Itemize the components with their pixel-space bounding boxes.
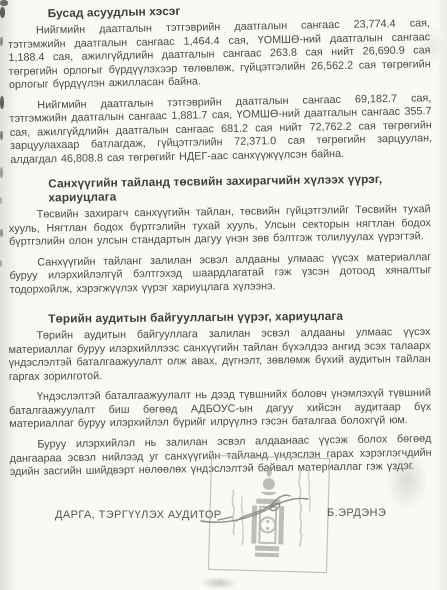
- scan-artifact: [0, 197, 2, 204]
- paragraph: Санхүүгийн тайланг залилан эсвэл алдааны…: [9, 251, 432, 297]
- section-heading: Төрийн аудитын байгууллагын үүрэг, хариу…: [48, 308, 430, 326]
- signer-title: ДАРГА, ТЭРГҮҮЛЭХ АУДИТОР: [55, 509, 222, 521]
- paragraph: Нийгмийн даатгалын тэтгэврийн даатгалын …: [9, 92, 432, 167]
- scan-shadow-right: [435, 0, 447, 590]
- scan-smudge: [386, 448, 428, 512]
- scan-artifact: [0, 37, 3, 46]
- scan-artifact: [0, 7, 5, 18]
- section-heading: Бусад асуудлын хэсэг: [48, 0, 430, 20]
- scan-artifact: [0, 131, 3, 140]
- paragraph: Төрийн аудитын байгууллага залилан эсвэл…: [8, 326, 430, 384]
- scanned-document-page: Бусад асуудлын хэсэг Нийгмийн даатгалын …: [0, 0, 447, 590]
- document-body: Бусад асуудлын хэсэг Нийгмийн даатгалын …: [9, 5, 431, 479]
- section-budget-governor-responsibility: Санхүүгийн тайланд төсвийн захирагчийн х…: [8, 171, 432, 297]
- scan-artifact: [0, 96, 4, 109]
- scan-smudge: [200, 577, 238, 589]
- section-other-issues: Бусад асуудлын хэсэг Нийгмийн даатгалын …: [8, 0, 433, 167]
- scan-artifact: [0, 229, 3, 237]
- scan-artifact: [0, 0, 8, 6]
- scan-artifact: [0, 260, 2, 267]
- section-heading: Санхүүгийн тайланд төсвийн захирагчийн х…: [48, 171, 430, 204]
- scan-artifact: [0, 167, 3, 178]
- paragraph: Нийгмийн даатгалын тэтгэврийн даатгалын …: [8, 17, 431, 92]
- paragraph: Төсвийн захирагч санхүүгийн тайлан, төсв…: [9, 203, 432, 249]
- paragraph: Үндэслэлтэй баталгаажуулалт нь дээд түвш…: [9, 387, 431, 432]
- signer-name: Б.ЭРДЭНЭ: [327, 507, 386, 519]
